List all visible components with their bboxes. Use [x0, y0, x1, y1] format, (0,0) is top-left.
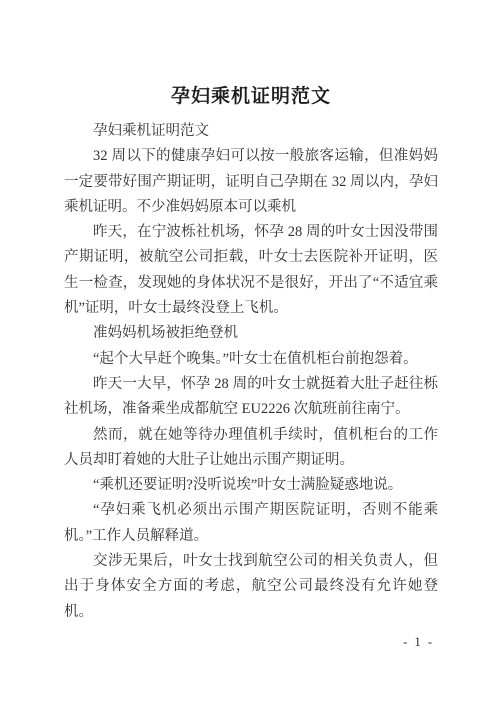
paragraph: 昨天一大早，怀孕 28 周的叶女士就挺着大肚子赶往栎社机场，准备乘坐成都航空 E… — [64, 372, 438, 423]
paragraph: 32 周以下的健康孕妇可以按一般旅客运输，但准妈妈一定要带好围产期证明，证明自己… — [64, 144, 438, 220]
paragraph: “乘机还要证明?没听说埃”叶女士满脸疑惑地说。 — [64, 473, 438, 498]
paragraph: 交涉无果后，叶女士找到航空公司的相关负责人，但出于身体安全方面的考虑，航空公司最… — [64, 549, 438, 625]
document-page: 孕妇乘机证明范文 孕妇乘机证明范文 32 周以下的健康孕妇可以按一般旅客运输，但… — [0, 0, 496, 702]
paragraph: 然而，就在她等待办理值机手续时，值机柜台的工作人员却盯着她的大肚子让她出示围产期… — [64, 423, 438, 474]
paragraph: 准妈妈机场被拒绝登机 — [64, 321, 438, 346]
paragraph: “起个大早赶个晚集。”叶女士在值机柜台前抱怨着。 — [64, 347, 438, 372]
paragraph: 孕妇乘机证明范文 — [64, 119, 438, 144]
document-title: 孕妇乘机证明范文 — [64, 83, 438, 110]
page-number: - 1 - — [403, 634, 434, 650]
paragraph: 昨天，在宁波栎社机场，怀孕 28 周的叶女士因没带围产期证明，被航空公司拒载，叶… — [64, 220, 438, 321]
paragraph: “孕妇乘飞机必须出示围产期医院证明，否则不能乘机。”工作人员解释道。 — [64, 498, 438, 549]
document-body: 孕妇乘机证明范文 孕妇乘机证明范文 32 周以下的健康孕妇可以按一般旅客运输，但… — [64, 83, 438, 625]
